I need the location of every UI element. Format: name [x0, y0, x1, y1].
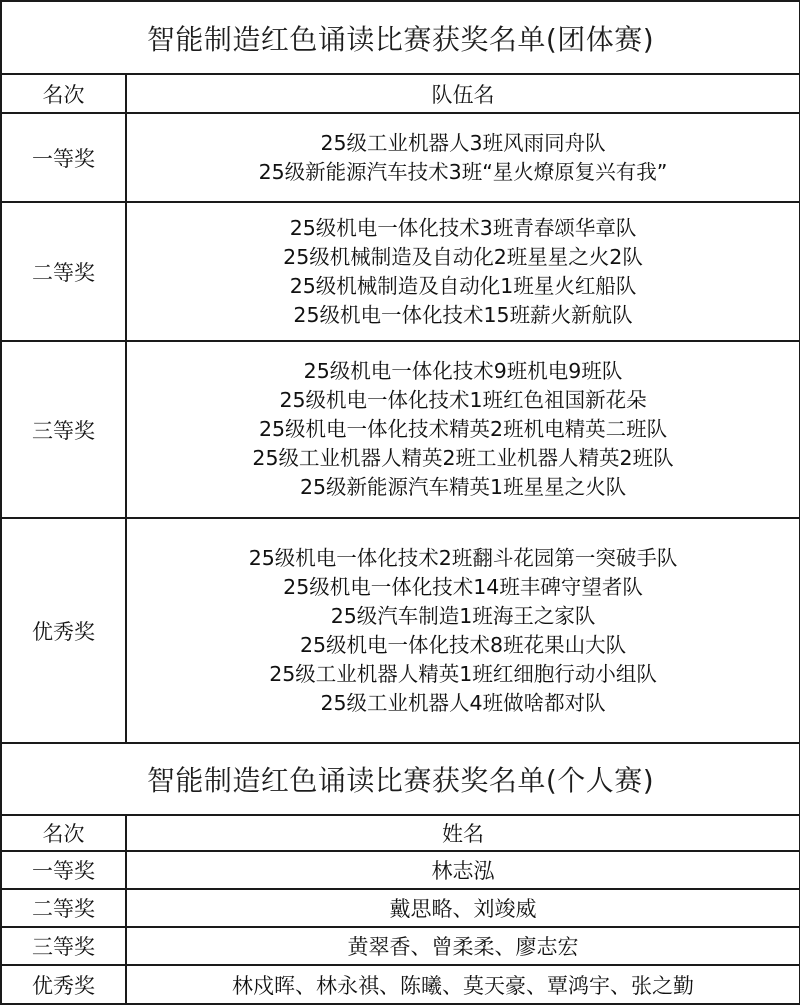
team-name: 25级机电一体化技术9班机电9班队 — [127, 357, 799, 386]
individual-table-title: 智能制造红色诵读比赛获奖名单(个人赛) — [1, 743, 800, 815]
team-name: 25级机电一体化技术2班翻斗花园第一突破手队 — [127, 544, 799, 573]
individual-row-first-prize: 一等奖 林志泓 — [1, 851, 800, 889]
team-name: 25级新能源汽车技术3班“星火燎原复兴有我” — [127, 158, 799, 187]
team-name: 25级机电一体化技术14班丰碑守望者队 — [127, 573, 799, 602]
team-list: 25级机电一体化技术2班翻斗花园第一突破手队 25级机电一体化技术14班丰碑守望… — [126, 518, 800, 743]
rank-label: 二等奖 — [1, 202, 126, 341]
rank-label: 一等奖 — [1, 851, 126, 889]
team-list: 25级工业机器人3班风雨同舟队 25级新能源汽车技术3班“星火燎原复兴有我” — [126, 113, 800, 202]
individual-header-rank: 名次 — [1, 815, 126, 851]
team-name: 25级工业机器人精英2班工业机器人精英2班队 — [127, 444, 799, 473]
team-header-name: 队伍名 — [126, 74, 800, 113]
team-name: 25级机械制造及自动化1班星火红船队 — [127, 272, 799, 301]
individual-row-third-prize: 三等奖 黄翠香、曾柔柔、廖志宏 — [1, 927, 800, 965]
rank-label: 三等奖 — [1, 341, 126, 518]
team-list: 25级机电一体化技术3班青春颂华章队 25级机械制造及自动化2班星星之火2队 2… — [126, 202, 800, 341]
team-name: 25级机电一体化技术8班花果山大队 — [127, 631, 799, 660]
team-row-second-prize: 二等奖 25级机电一体化技术3班青春颂华章队 25级机械制造及自动化2班星星之火… — [1, 202, 800, 341]
team-name: 25级机械制造及自动化2班星星之火2队 — [127, 243, 799, 272]
rank-label: 三等奖 — [1, 927, 126, 965]
winner-names: 戴思略、刘竣威 — [126, 889, 800, 927]
team-header-rank: 名次 — [1, 74, 126, 113]
individual-row-second-prize: 二等奖 戴思略、刘竣威 — [1, 889, 800, 927]
team-name: 25级机电一体化技术15班薪火新航队 — [127, 301, 799, 330]
team-row-excellence-prize: 优秀奖 25级机电一体化技术2班翻斗花园第一突破手队 25级机电一体化技术14班… — [1, 518, 800, 743]
team-row-first-prize: 一等奖 25级工业机器人3班风雨同舟队 25级新能源汽车技术3班“星火燎原复兴有… — [1, 113, 800, 202]
team-header-row: 名次 队伍名 — [1, 74, 800, 113]
rank-label: 优秀奖 — [1, 518, 126, 743]
team-name: 25级机电一体化技术精英2班机电精英二班队 — [127, 415, 799, 444]
team-list: 25级机电一体化技术9班机电9班队 25级机电一体化技术1班红色祖国新花朵 25… — [126, 341, 800, 518]
winner-names: 黄翠香、曾柔柔、廖志宏 — [126, 927, 800, 965]
individual-row-excellence-prize: 优秀奖 林戍晖、林永祺、陈曦、莫天豪、覃鸿宇、张之勤 — [1, 965, 800, 1004]
team-name: 25级汽车制造1班海王之家队 — [127, 602, 799, 631]
winner-names: 林志泓 — [126, 851, 800, 889]
team-name: 25级工业机器人4班做啥都对队 — [127, 689, 799, 718]
team-name: 25级机电一体化技术3班青春颂华章队 — [127, 214, 799, 243]
team-title-row: 智能制造红色诵读比赛获奖名单(团体赛) — [1, 1, 800, 74]
team-name: 25级工业机器人3班风雨同舟队 — [127, 129, 799, 158]
rank-label: 二等奖 — [1, 889, 126, 927]
individual-title-row: 智能制造红色诵读比赛获奖名单(个人赛) — [1, 743, 800, 815]
team-name: 25级新能源汽车精英1班星星之火队 — [127, 473, 799, 502]
winner-names: 林戍晖、林永祺、陈曦、莫天豪、覃鸿宇、张之勤 — [126, 965, 800, 1004]
rank-label: 一等奖 — [1, 113, 126, 202]
team-name: 25级工业机器人精英1班红细胞行动小组队 — [127, 660, 799, 689]
award-list-table: 智能制造红色诵读比赛获奖名单(团体赛) 名次 队伍名 一等奖 25级工业机器人3… — [0, 0, 800, 1005]
team-table-title: 智能制造红色诵读比赛获奖名单(团体赛) — [1, 1, 800, 74]
team-name: 25级机电一体化技术1班红色祖国新花朵 — [127, 386, 799, 415]
individual-header-row: 名次 姓名 — [1, 815, 800, 851]
team-row-third-prize: 三等奖 25级机电一体化技术9班机电9班队 25级机电一体化技术1班红色祖国新花… — [1, 341, 800, 518]
rank-label: 优秀奖 — [1, 965, 126, 1004]
individual-header-name: 姓名 — [126, 815, 800, 851]
